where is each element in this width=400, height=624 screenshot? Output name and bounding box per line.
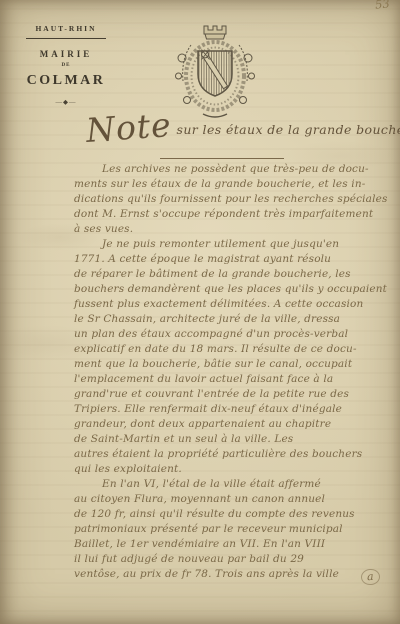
handwritten-line: patrimoniaux présenté par le receveur mu… <box>74 522 378 537</box>
handwritten-line: explicatif en date du 18 mars. Il résult… <box>74 342 378 357</box>
handwritten-line: dont M. Ernst s'occupe répondent très im… <box>74 207 378 222</box>
paragraph: Les archives ne possèdent que très-peu d… <box>74 162 378 237</box>
handwritten-line: En l'an VI, l'étal de la ville était aff… <box>74 477 378 492</box>
handwritten-line: Je ne puis remonter utilement que jusqu'… <box>74 237 378 252</box>
letterhead: HAUT-RHIN MAIRIE DE COLMAR —◆— <box>18 24 114 106</box>
handwritten-line: qui les exploitaient. <box>74 462 378 477</box>
letterhead-de: DE <box>18 63 114 68</box>
handwritten-line: bouchers demandèrent que les places qu'i… <box>74 282 378 297</box>
paragraph: En l'an VI, l'étal de la ville était aff… <box>74 477 378 582</box>
handwritten-line: ments sur les étaux de la grande boucher… <box>74 177 378 192</box>
paragraph: Je ne puis remonter utilement que jusqu'… <box>74 237 378 477</box>
handwritten-line: de 120 fr, ainsi qu'il résulte du compte… <box>74 507 378 522</box>
letterhead-department: HAUT-RHIN <box>18 24 114 33</box>
handwritten-line: l'emplacement du lavoir actuel faisant f… <box>74 372 378 387</box>
title-lead-word: Note <box>85 105 173 150</box>
handwritten-line: grand'rue et couvrant l'entrée de la pet… <box>74 387 378 402</box>
handwritten-line: Les archives ne possèdent que très-peu d… <box>74 162 378 177</box>
handwritten-line: de Saint-Martin et un seul à la ville. L… <box>74 432 378 447</box>
handwritten-line: il lui fut adjugé de nouveau par bail du… <box>74 552 378 567</box>
manuscript-page: HAUT-RHIN MAIRIE DE COLMAR —◆— <box>0 0 400 624</box>
handwritten-line: 1771. A cette époque le magistrat ayant … <box>74 252 378 267</box>
handwritten-line: un plan des étaux accompagné d'un procès… <box>74 327 378 342</box>
handwritten-line: le Sr Chassain, architecte juré de la vi… <box>74 312 378 327</box>
letterhead-rule <box>26 38 106 39</box>
manuscript-body: Les archives ne possèdent que très-peu d… <box>74 162 378 582</box>
handwritten-line: fussent plus exactement délimitées. A ce… <box>74 297 378 312</box>
handwritten-line: à ses vues. <box>74 222 378 237</box>
handwritten-line: ment que la boucherie, bâtie sur le cana… <box>74 357 378 372</box>
handwritten-line: autres étaient la propriété particulière… <box>74 447 378 462</box>
handwritten-line: au citoyen Flura, moyennant un canon ann… <box>74 492 378 507</box>
folio-number: 53 <box>375 0 391 12</box>
colmar-coat-of-arms-icon <box>165 18 265 122</box>
catchword-mark: a <box>361 568 381 585</box>
handwritten-line: grandeur, dont deux appartenaient au cha… <box>74 417 378 432</box>
title-rest: sur les étaux de la grande boucherie. <box>177 122 400 137</box>
handwritten-line: Baillet, le 1er vendémiaire an VII. En l… <box>74 537 378 552</box>
handwritten-line: ventôse, au prix de fr 78. Trois ans apr… <box>74 567 378 582</box>
title-underline-rule <box>160 158 284 159</box>
letterhead-mairie: MAIRIE <box>18 49 114 59</box>
handwritten-line: de réparer le bâtiment de la grande bouc… <box>74 267 378 282</box>
letterhead-city: COLMAR <box>18 73 114 89</box>
letterhead-ornament: —◆— <box>18 98 114 106</box>
handwritten-line: Tripiers. Elle renfermait dix-neuf étaux… <box>74 402 378 417</box>
page-title: Notesur les étaux de la grande boucherie… <box>86 108 386 147</box>
handwritten-line: dications qu'ils fournissent pour les re… <box>74 192 378 207</box>
